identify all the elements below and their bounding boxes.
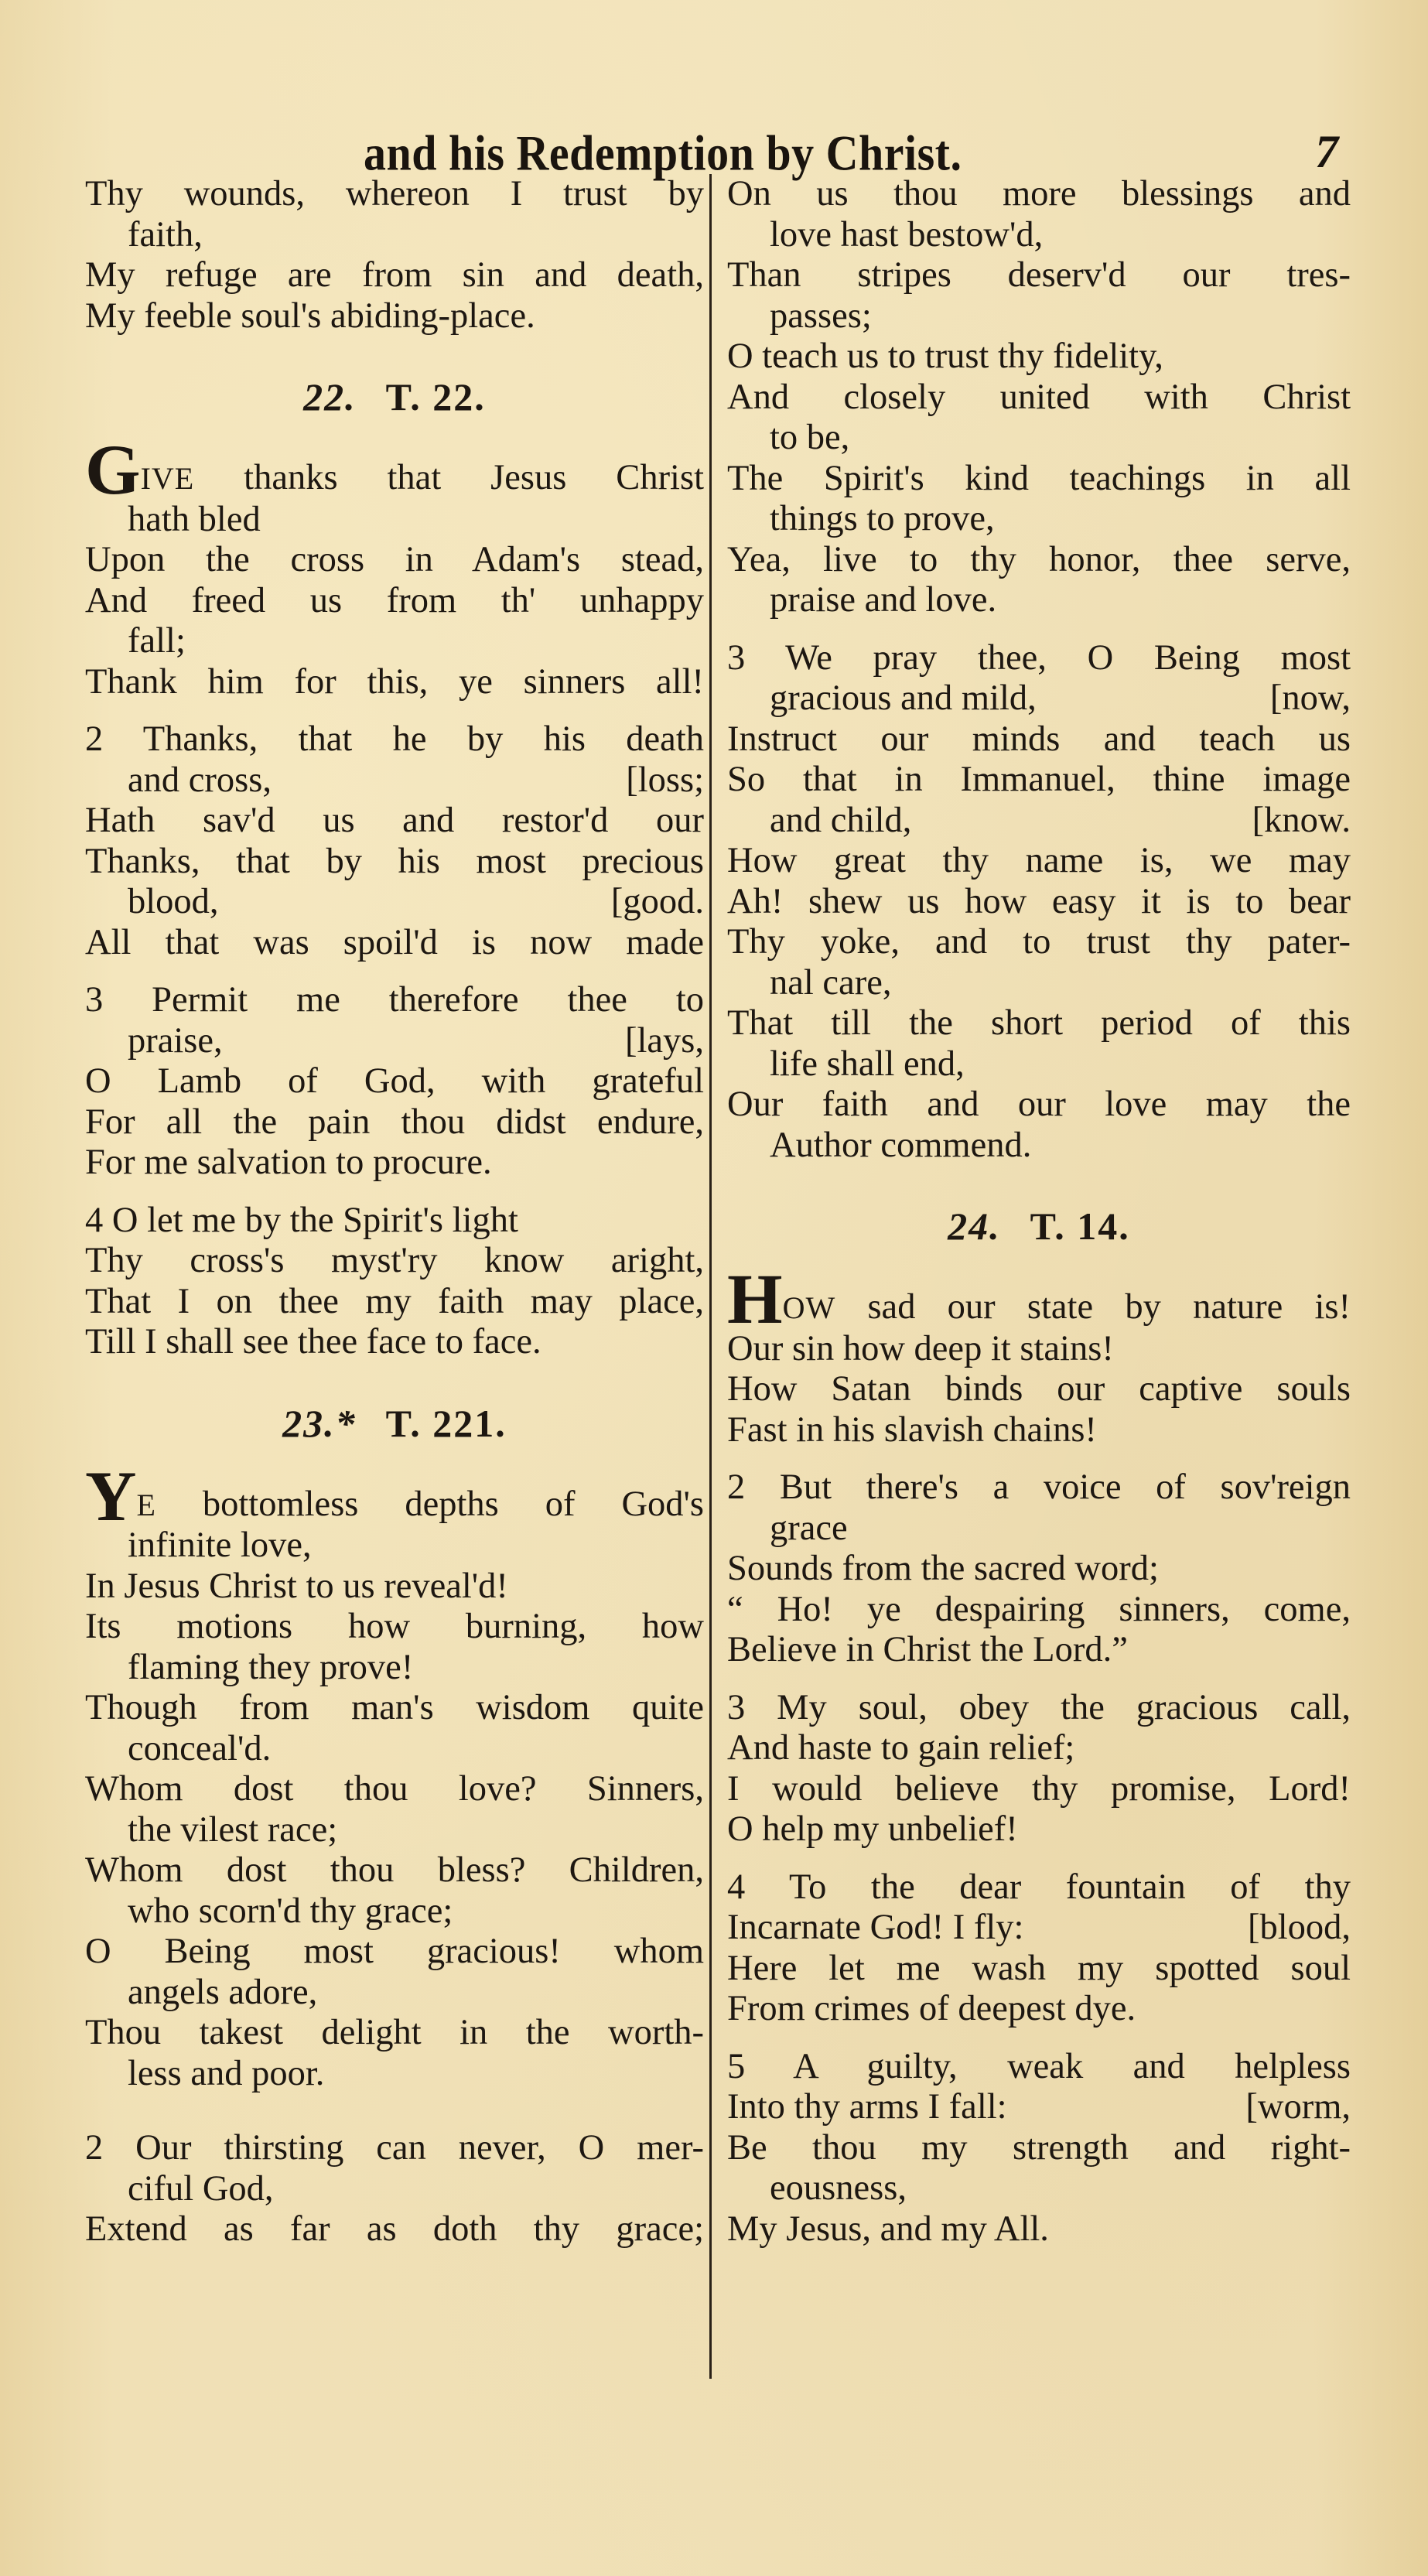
- verse-line: In Jesus Christ to us reveal'd!: [85, 1566, 704, 1607]
- verse-line: YE bottomless depths of God's: [85, 1476, 704, 1526]
- turnover-word: [know.: [1252, 801, 1351, 842]
- verse-line: Fast in his slavish chains!: [727, 1410, 1351, 1451]
- hymn-24-stanza-3: 3 My soul, obey the gracious call, And h…: [727, 1688, 1351, 1850]
- tune-number: T. 221.: [386, 1402, 507, 1445]
- continued-stanza: Thy wounds, whereon I trust by faith, My…: [85, 174, 704, 337]
- verse-line: 3 Permit me therefore thee to: [85, 980, 704, 1021]
- hymn-number: 23.*: [282, 1402, 357, 1445]
- verse-line: Be thou my strength and right-: [727, 2128, 1351, 2169]
- verse-line: flaming they prove!: [85, 1648, 704, 1689]
- tune-number: T. 22.: [386, 375, 486, 419]
- verse-line: Thank him for this, ye sinners all!: [85, 662, 704, 703]
- verse-line: who scorn'd thy grace;: [85, 1891, 704, 1932]
- turnover-word: [blood,: [1248, 1908, 1351, 1949]
- hymn-23-stanza-3: 3 We pray thee, O Being most gracious an…: [727, 638, 1351, 1167]
- verse-line: and cross,[loss;: [85, 760, 704, 801]
- verse-line: Thou takest delight in the worth-: [85, 2013, 704, 2054]
- verse-line: Thy cross's myst'ry know aright,: [85, 1241, 704, 1282]
- hymn-24-stanza-4: 4 To the dear fountain of thy Incarnate …: [727, 1867, 1351, 2030]
- verse-line: Instruct our minds and teach us: [727, 719, 1351, 760]
- hymn-number: 22.: [303, 375, 357, 419]
- verse-line: ciful God,: [85, 2169, 704, 2210]
- verse-line: O Being most gracious! whom: [85, 1932, 704, 1973]
- verse-line: 5 A guilty, weak and helpless: [727, 2047, 1351, 2088]
- verse-line: O help my unbelief!: [727, 1809, 1351, 1850]
- verse-line: O teach us to trust thy fidelity,: [727, 337, 1351, 378]
- hymn-22-stanza-1: GIVE thanks that Jesus Christ hath bled …: [85, 449, 704, 702]
- verse-line: Whom dost thou love? Sinners,: [85, 1769, 704, 1810]
- verse-line: And closely united with Christ: [727, 378, 1351, 419]
- verse-line: Than stripes deserv'd our tres-: [727, 255, 1351, 296]
- verse-line: to be,: [727, 418, 1351, 459]
- verse-line: Into thy arms I fall:[worm,: [727, 2087, 1351, 2128]
- hymn-22-heading: 22.T. 22.: [85, 374, 704, 420]
- hymn-23-stanza-2-continued: On us thou more blessings and love hast …: [727, 174, 1351, 621]
- turnover-word: [worm,: [1245, 2087, 1351, 2128]
- verse-line: love hast bestow'd,: [727, 215, 1351, 256]
- verse-line: Author commend.: [727, 1126, 1351, 1167]
- verse-line: GIVE thanks that Jesus Christ: [85, 449, 704, 500]
- verse-line: 4 To the dear fountain of thy: [727, 1867, 1351, 1908]
- verse-line: passes;: [727, 296, 1351, 337]
- verse-line: All that was spoil'd is now made: [85, 923, 704, 964]
- verse-line: life shall end,: [727, 1044, 1351, 1085]
- left-column: Thy wounds, whereon I trust by faith, My…: [85, 174, 704, 2267]
- verse-line: And freed us from th' unhappy: [85, 581, 704, 622]
- verse-line: Hath sav'd us and restor'd our: [85, 801, 704, 842]
- verse-line: HOW sad our state by nature is!: [727, 1279, 1351, 1329]
- right-column: On us thou more blessings and love hast …: [727, 174, 1351, 2267]
- turnover-word: [now,: [1270, 678, 1351, 719]
- verse-line: For all the pain thou didst endure,: [85, 1102, 704, 1143]
- verse-line: Incarnate God! I fly:[blood,: [727, 1908, 1351, 1949]
- verse-line: On us thou more blessings and: [727, 174, 1351, 215]
- dropcap: H: [727, 1259, 783, 1338]
- verse-line: praise,[lays,: [85, 1021, 704, 1062]
- verse-line: infinite love,: [85, 1525, 704, 1566]
- dropcap-rest: E: [136, 1488, 155, 1522]
- verse-line: Yea, live to thy honor, thee serve,: [727, 540, 1351, 581]
- book-page: and his Redemption by Christ. 7 Thy woun…: [0, 0, 1428, 2576]
- verse-line: Extend as far as doth thy grace;: [85, 2209, 704, 2250]
- verse-line: 3 We pray thee, O Being most: [727, 638, 1351, 679]
- hymn-22-stanza-2: 2 Thanks, that he by his death and cross…: [85, 719, 704, 963]
- verse-line: Our sin how deep it stains!: [727, 1329, 1351, 1370]
- verse-line: My Jesus, and my All.: [727, 2209, 1351, 2250]
- verse-line: angels adore,: [85, 1973, 704, 2014]
- verse-line: “ Ho! ye despairing sinners, come,: [727, 1590, 1351, 1631]
- verse-line: 2 Our thirsting can never, O mer-: [85, 2128, 704, 2169]
- hymn-23-stanza-2: 2 Our thirsting can never, O mer- ciful …: [85, 2128, 704, 2250]
- verse-line: And haste to gain relief;: [727, 1728, 1351, 1769]
- verse-line: The Spirit's kind teachings in all: [727, 459, 1351, 500]
- verse-line: praise and love.: [727, 580, 1351, 621]
- verse-line: How Satan binds our captive souls: [727, 1369, 1351, 1410]
- verse-line: Its motions how burning, how: [85, 1607, 704, 1648]
- verse-line: eousness,: [727, 2168, 1351, 2209]
- verse-line: How great thy name is, we may: [727, 841, 1351, 882]
- verse-line: 2 Thanks, that he by his death: [85, 719, 704, 760]
- verse-line: 2 But there's a voice of sov'reign: [727, 1467, 1351, 1508]
- column-divider: [709, 174, 712, 2379]
- verse-line: Upon the cross in Adam's stead,: [85, 540, 704, 581]
- verse-line: things to prove,: [727, 499, 1351, 540]
- hymn-number: 24.: [948, 1204, 1001, 1248]
- hymn-22-stanza-3: 3 Permit me therefore thee to praise,[la…: [85, 980, 704, 1184]
- verse-line: For me salvation to procure.: [85, 1143, 704, 1184]
- verse-line: Believe in Christ the Lord.”: [727, 1630, 1351, 1671]
- tune-number: T. 14.: [1030, 1204, 1130, 1248]
- verse-line: Sounds from the sacred word;: [727, 1549, 1351, 1590]
- verse-line: I would believe thy promise, Lord!: [727, 1769, 1351, 1810]
- turnover-word: [loss;: [626, 760, 704, 801]
- verse-line: Thy yoke, and to trust thy pater-: [727, 922, 1351, 963]
- verse-line: Ah! shew us how easy it is to bear: [727, 882, 1351, 923]
- verse-line: conceal'd.: [85, 1729, 704, 1770]
- verse-line: Whom dost thou bless? Children,: [85, 1850, 704, 1891]
- verse-line: blood,[good.: [85, 882, 704, 923]
- verse-line: Here let me wash my spotted soul: [727, 1949, 1351, 1990]
- hymn-24-stanza-5: 5 A guilty, weak and helpless Into thy a…: [727, 2047, 1351, 2250]
- verse-line: My feeble soul's abiding-place.: [85, 296, 704, 337]
- verse-line: faith,: [85, 215, 704, 256]
- verse-line: Till I shall see thee face to face.: [85, 1322, 704, 1363]
- dropcap: Y: [85, 1457, 136, 1536]
- verse-line: Our faith and our love may the: [727, 1085, 1351, 1126]
- verse-line: fall;: [85, 621, 704, 662]
- verse-line: Thanks, that by his most precious: [85, 842, 704, 883]
- hymn-23-stanza-1: YE bottomless depths of God's infinite l…: [85, 1476, 704, 2095]
- hymn-22-stanza-4: 4 O let me by the Spirit's light Thy cro…: [85, 1201, 704, 1363]
- turnover-word: [lays,: [625, 1021, 704, 1062]
- verse-line: Though from man's wisdom quite: [85, 1688, 704, 1729]
- dropcap: G: [85, 430, 141, 509]
- verse-line: and child,[know.: [727, 801, 1351, 842]
- verse-line: So that in Immanuel, thine image: [727, 760, 1351, 801]
- hymn-24-heading: 24.T. 14.: [727, 1203, 1351, 1249]
- hymn-24-stanza-2: 2 But there's a voice of sov'reign grace…: [727, 1467, 1351, 1671]
- verse-line: O Lamb of God, with grateful: [85, 1061, 704, 1102]
- running-title: and his Redemption by Christ.: [364, 124, 962, 182]
- page-number: 7: [1315, 125, 1338, 179]
- verse-line: less and poor.: [85, 2054, 704, 2095]
- verse-line: gracious and mild,[now,: [727, 678, 1351, 719]
- verse-line: That I on thee my faith may place,: [85, 1282, 704, 1323]
- hymn-23-heading: 23.*T. 221.: [85, 1400, 704, 1447]
- dropcap-rest: OW: [783, 1290, 836, 1325]
- verse-line: 4 O let me by the Spirit's light: [85, 1201, 704, 1242]
- dropcap-rest: IVE: [141, 461, 195, 496]
- verse-line: My refuge are from sin and death,: [85, 255, 704, 296]
- verse-line: That till the short period of this: [727, 1003, 1351, 1044]
- verse-line: Thy wounds, whereon I trust by: [85, 174, 704, 215]
- verse-line: 3 My soul, obey the gracious call,: [727, 1688, 1351, 1729]
- verse-line: the vilest race;: [85, 1810, 704, 1851]
- verse-line: nal care,: [727, 963, 1351, 1004]
- verse-line: From crimes of deepest dye.: [727, 1989, 1351, 2030]
- hymn-24-stanza-1: HOW sad our state by nature is! Our sin …: [727, 1279, 1351, 1450]
- verse-line: grace: [727, 1508, 1351, 1549]
- turnover-word: [good.: [611, 882, 704, 923]
- verse-line: hath bled: [85, 500, 704, 541]
